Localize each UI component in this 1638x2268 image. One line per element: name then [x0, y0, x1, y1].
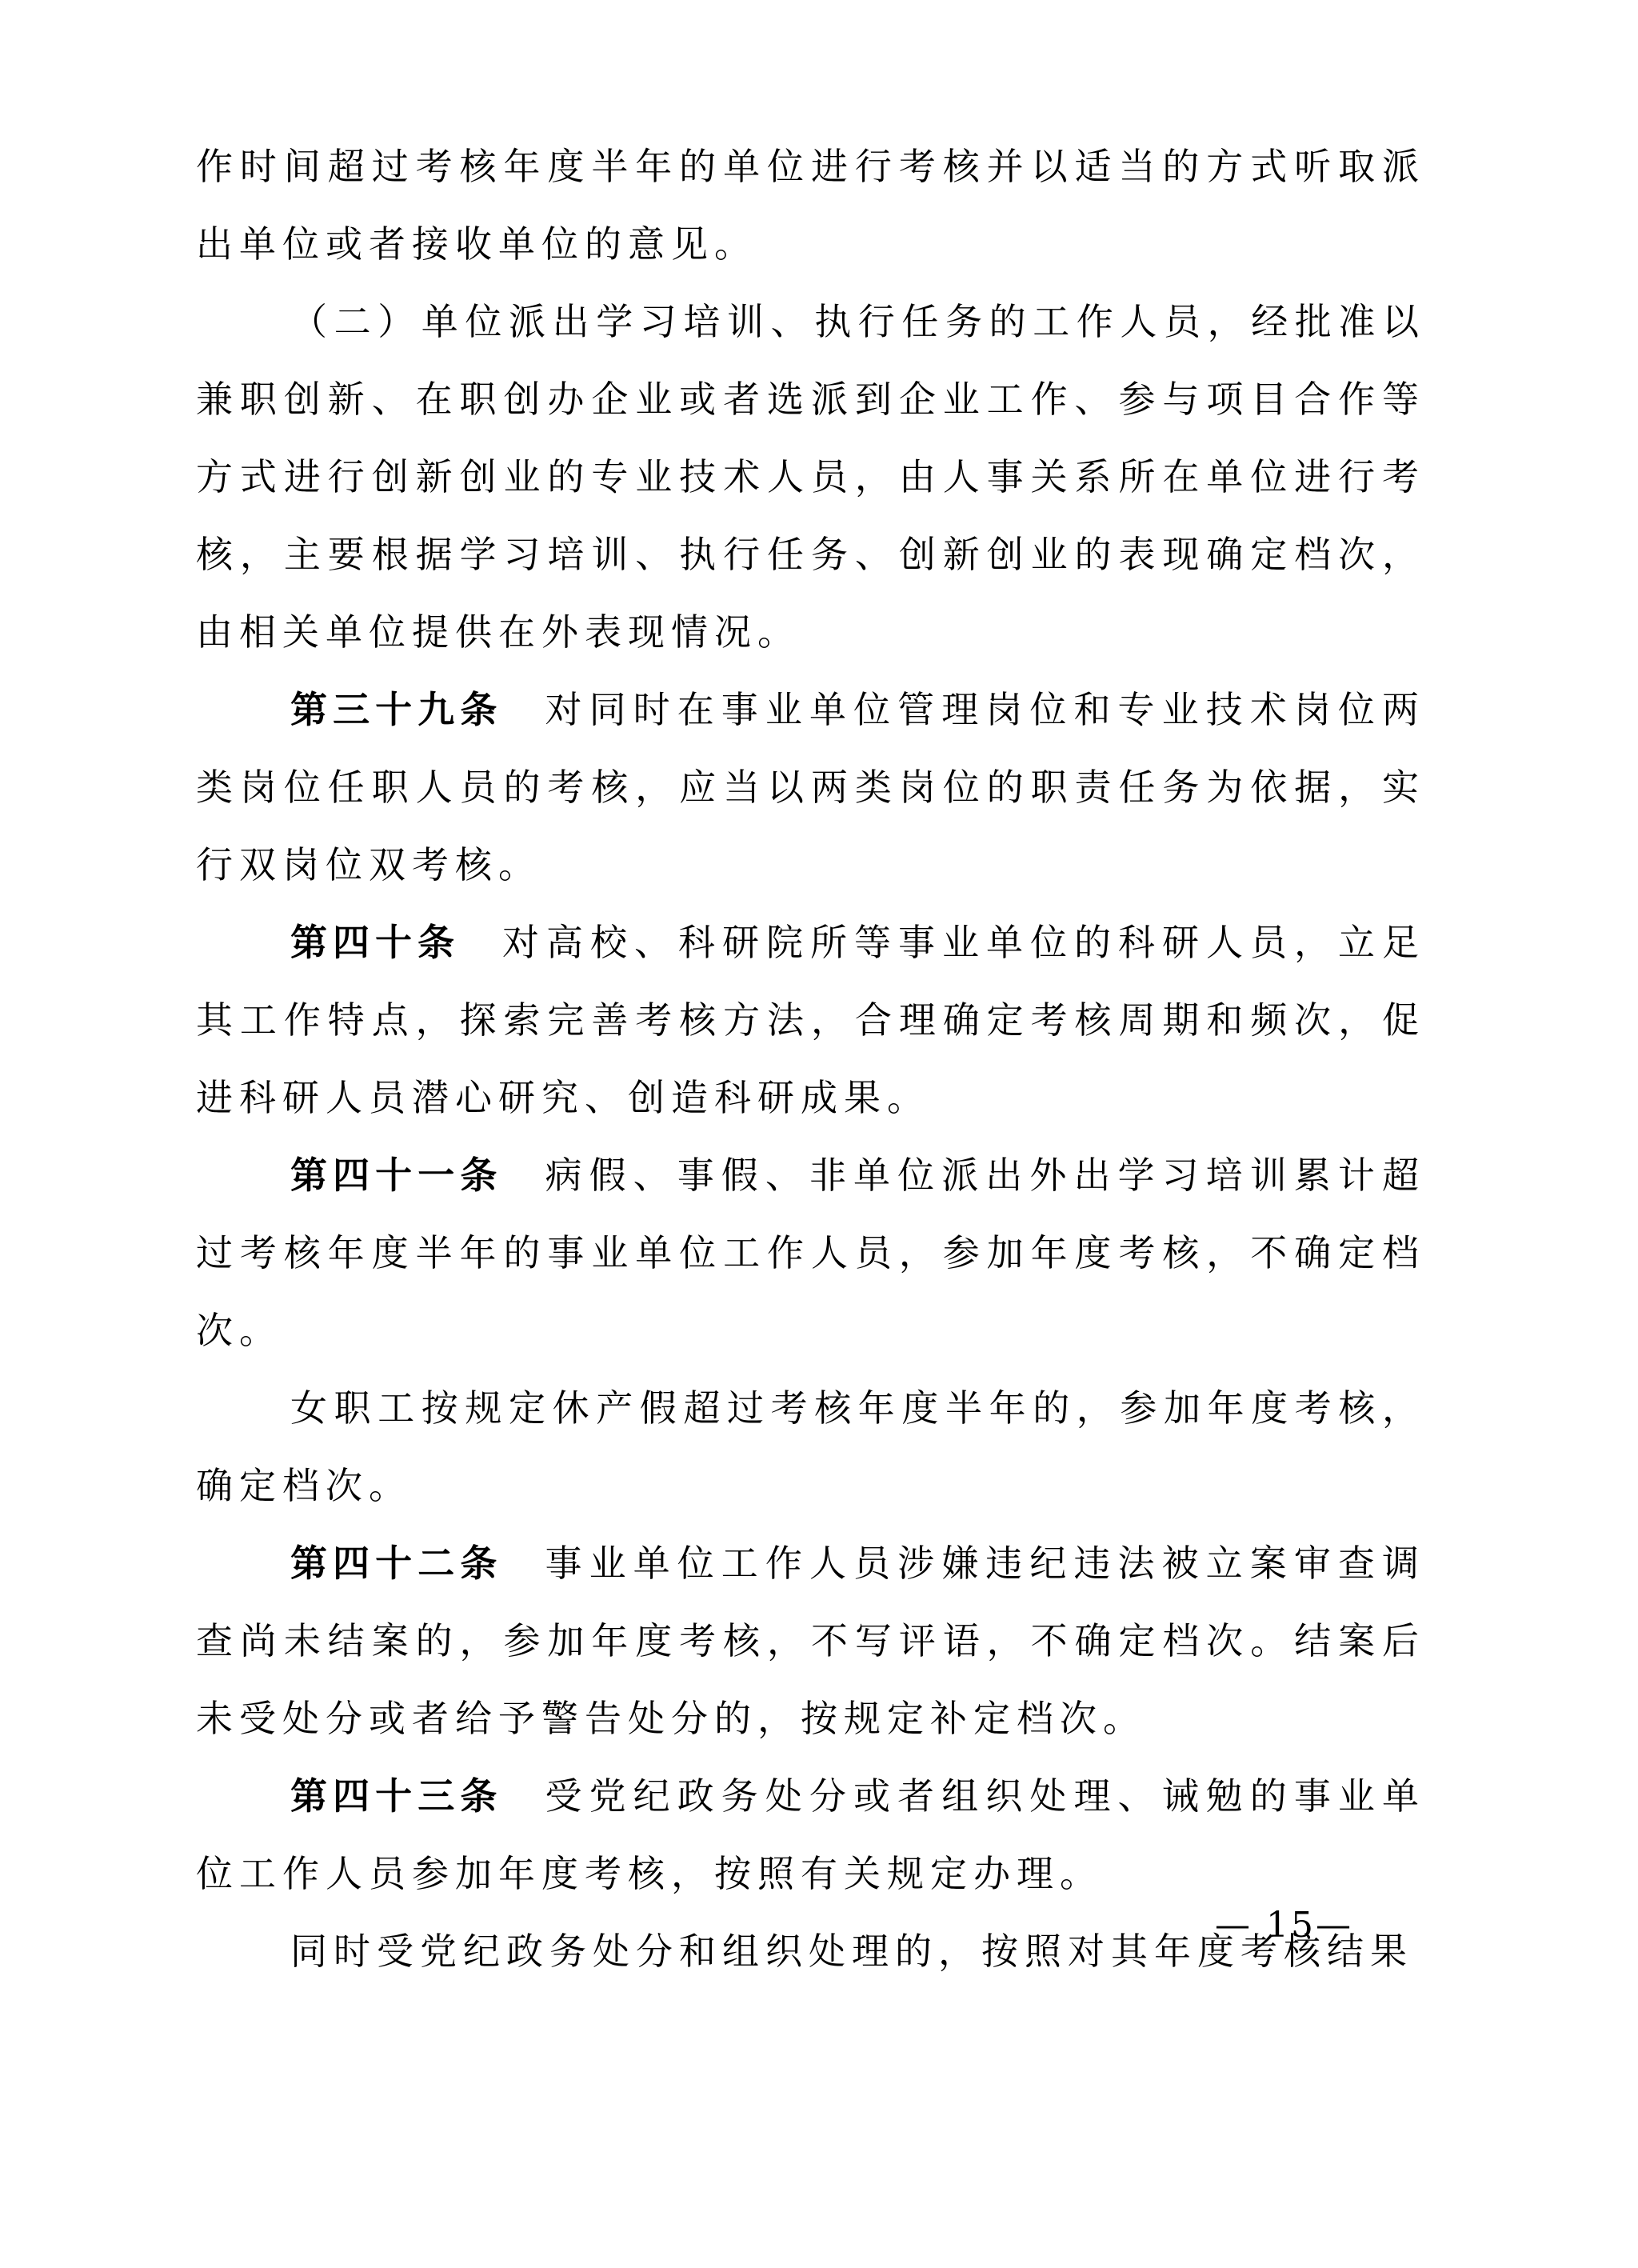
- article-number-heading: 第三十九条: [290, 688, 502, 731]
- article-number-heading: 第四十条: [290, 921, 460, 964]
- document-body: 作时间超过考核年度半年的单位进行考核并以适当的方式听取派出单位或者接收单位的意见…: [196, 128, 1425, 1990]
- article-number-heading: 第四十一条: [290, 1154, 502, 1197]
- paragraph: 第四十条对高校、科研院所等事业单位的科研人员，立足其工作特点，探索完善考核方法，…: [196, 904, 1425, 1137]
- page-number: — 15—: [196, 1905, 1353, 1946]
- paragraph: 第四十一条病假、事假、非单位派出外出学习培训累计超过考核年度半年的事业单位工作人…: [196, 1137, 1425, 1370]
- paragraph: 第四十二条事业单位工作人员涉嫌违纪违法被立案审查调查尚未结案的，参加年度考核，不…: [196, 1525, 1425, 1758]
- document-page: 作时间超过考核年度半年的单位进行考核并以适当的方式听取派出单位或者接收单位的意见…: [0, 0, 1638, 2268]
- paragraph-text: 作时间超过考核年度半年的单位进行考核并以适当的方式听取派出单位或者接收单位的意见…: [196, 145, 1425, 266]
- article-number-heading: 第四十二条: [290, 1542, 502, 1585]
- article-number-heading: 第四十三条: [290, 1774, 502, 1818]
- paragraph: 第四十三条受党纪政务处分或者组织处理、诫勉的事业单位工作人员参加年度考核，按照有…: [196, 1758, 1425, 1913]
- paragraph: （二）单位派出学习培训、执行任务的工作人员，经批准以兼职创新、在职创办企业或者选…: [196, 283, 1425, 671]
- paragraph: 女职工按规定休产假超过考核年度半年的，参加年度考核，确定档次。: [196, 1370, 1425, 1525]
- paragraph: 作时间超过考核年度半年的单位进行考核并以适当的方式听取派出单位或者接收单位的意见…: [196, 128, 1425, 283]
- paragraph-text: （二）单位派出学习培训、执行任务的工作人员，经批准以兼职创新、在职创办企业或者选…: [196, 300, 1425, 654]
- paragraph-text: 女职工按规定休产假超过考核年度半年的，参加年度考核，确定档次。: [196, 1386, 1425, 1507]
- paragraph: 第三十九条对同时在事业单位管理岗位和专业技术岗位两类岗位任职人员的考核，应当以两…: [196, 671, 1425, 904]
